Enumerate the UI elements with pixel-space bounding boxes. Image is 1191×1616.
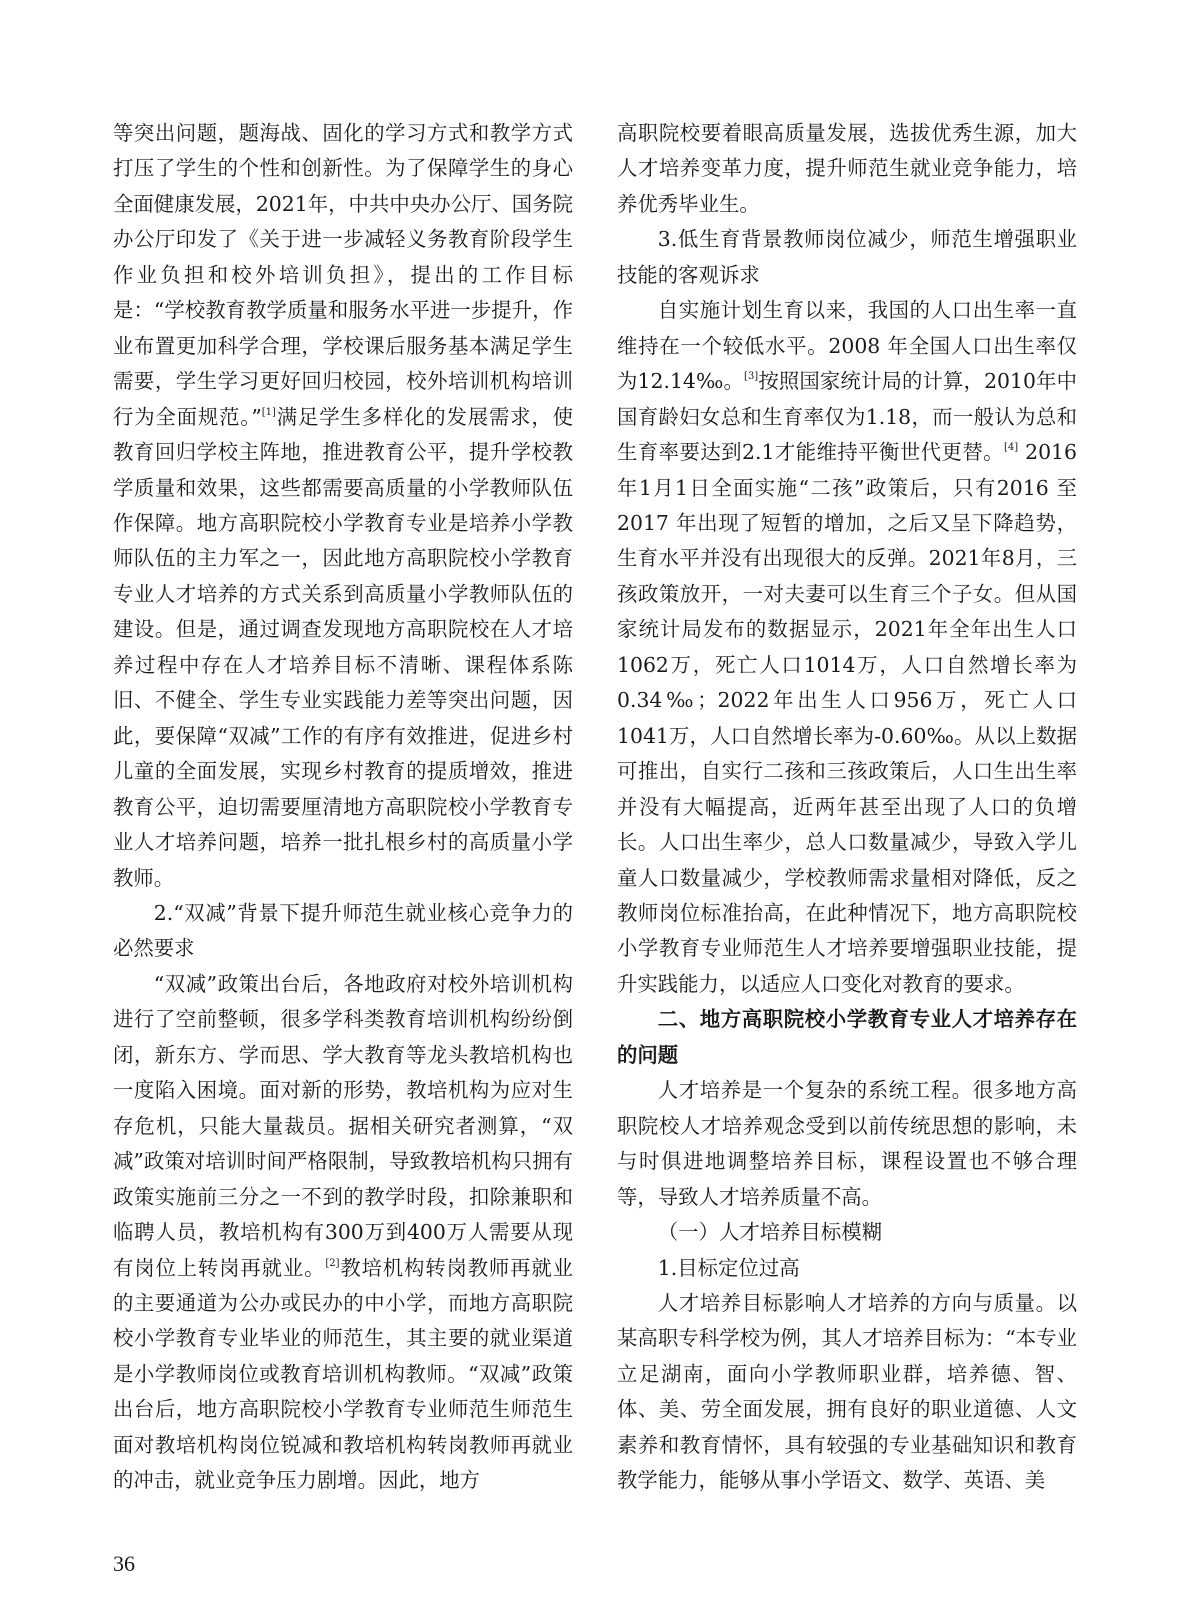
subsection-heading: （一）人才培养目标模糊	[617, 1215, 1077, 1250]
citation-2: [2]	[325, 1258, 339, 1269]
section-heading: 二、地方高职院校小学教育专业人才培养存在的问题	[617, 1002, 1077, 1073]
paragraph-text: 教培机构转岗教师再就业的主要通道为公办或民办的中小学，而地方高职院校小学教育专业…	[113, 1256, 573, 1493]
paragraph: “双减”政策出台后，各地政府对校外培训机构进行了空前整顿，很多学科类教育培训机构…	[113, 967, 573, 1499]
citation-4: [4]	[1004, 442, 1018, 453]
paragraph-text: “双减”政策出台后，各地政府对校外培训机构进行了空前整顿，很多学科类教育培训机构…	[113, 972, 573, 1280]
citation-3: [3]	[744, 371, 758, 382]
right-column: 高职院校要着眼高质量发展，选拔优秀生源，加大人才培养变革力度，提升师范生就业竞争…	[617, 116, 1077, 1499]
paragraph-text: 满足学生多样化的发展需求，使教育回归学校主阵地，推进教育公平，提升学校教学质量和…	[113, 405, 573, 890]
paragraph-text: 2016年1月1日全面实施“二孩”政策后，只有2016 至2017 年出现了短暂…	[617, 440, 1077, 996]
paragraph: 高职院校要着眼高质量发展，选拔优秀生源，加大人才培养变革力度，提升师范生就业竞争…	[617, 116, 1077, 222]
subheading-2: 2.“双减”背景下提升师范生就业核心竞争力的必然要求	[113, 896, 573, 967]
paragraph: 人才培养目标影响人才培养的方向与质量。以某高职专科学校为例，其人才培养目标为：“…	[617, 1286, 1077, 1499]
left-column: 等突出问题，题海战、固化的学习方式和教学方式打压了学生的个性和创新性。为了保障学…	[113, 116, 573, 1499]
page-number: 36	[113, 1551, 135, 1577]
paragraph: 人才培养是一个复杂的系统工程。很多地方高职院校人才培养观念受到以前传统思想的影响…	[617, 1073, 1077, 1215]
citation-1: [1]	[262, 407, 276, 418]
subheading-3: 3.低生育背景教师岗位减少，师范生增强职业技能的客观诉求	[617, 222, 1077, 293]
paragraph: 等突出问题，题海战、固化的学习方式和教学方式打压了学生的个性和创新性。为了保障学…	[113, 116, 573, 896]
paragraph: 自实施计划生育以来，我国的人口出生率一直维持在一个较低水平。2008 年全国人口…	[617, 293, 1077, 1002]
document-page: 等突出问题，题海战、固化的学习方式和教学方式打压了学生的个性和创新性。为了保障学…	[0, 0, 1191, 1616]
paragraph-text: 等突出问题，题海战、固化的学习方式和教学方式打压了学生的个性和创新性。为了保障学…	[113, 121, 573, 429]
sub-subsection-heading: 1.目标定位过高	[617, 1251, 1077, 1286]
